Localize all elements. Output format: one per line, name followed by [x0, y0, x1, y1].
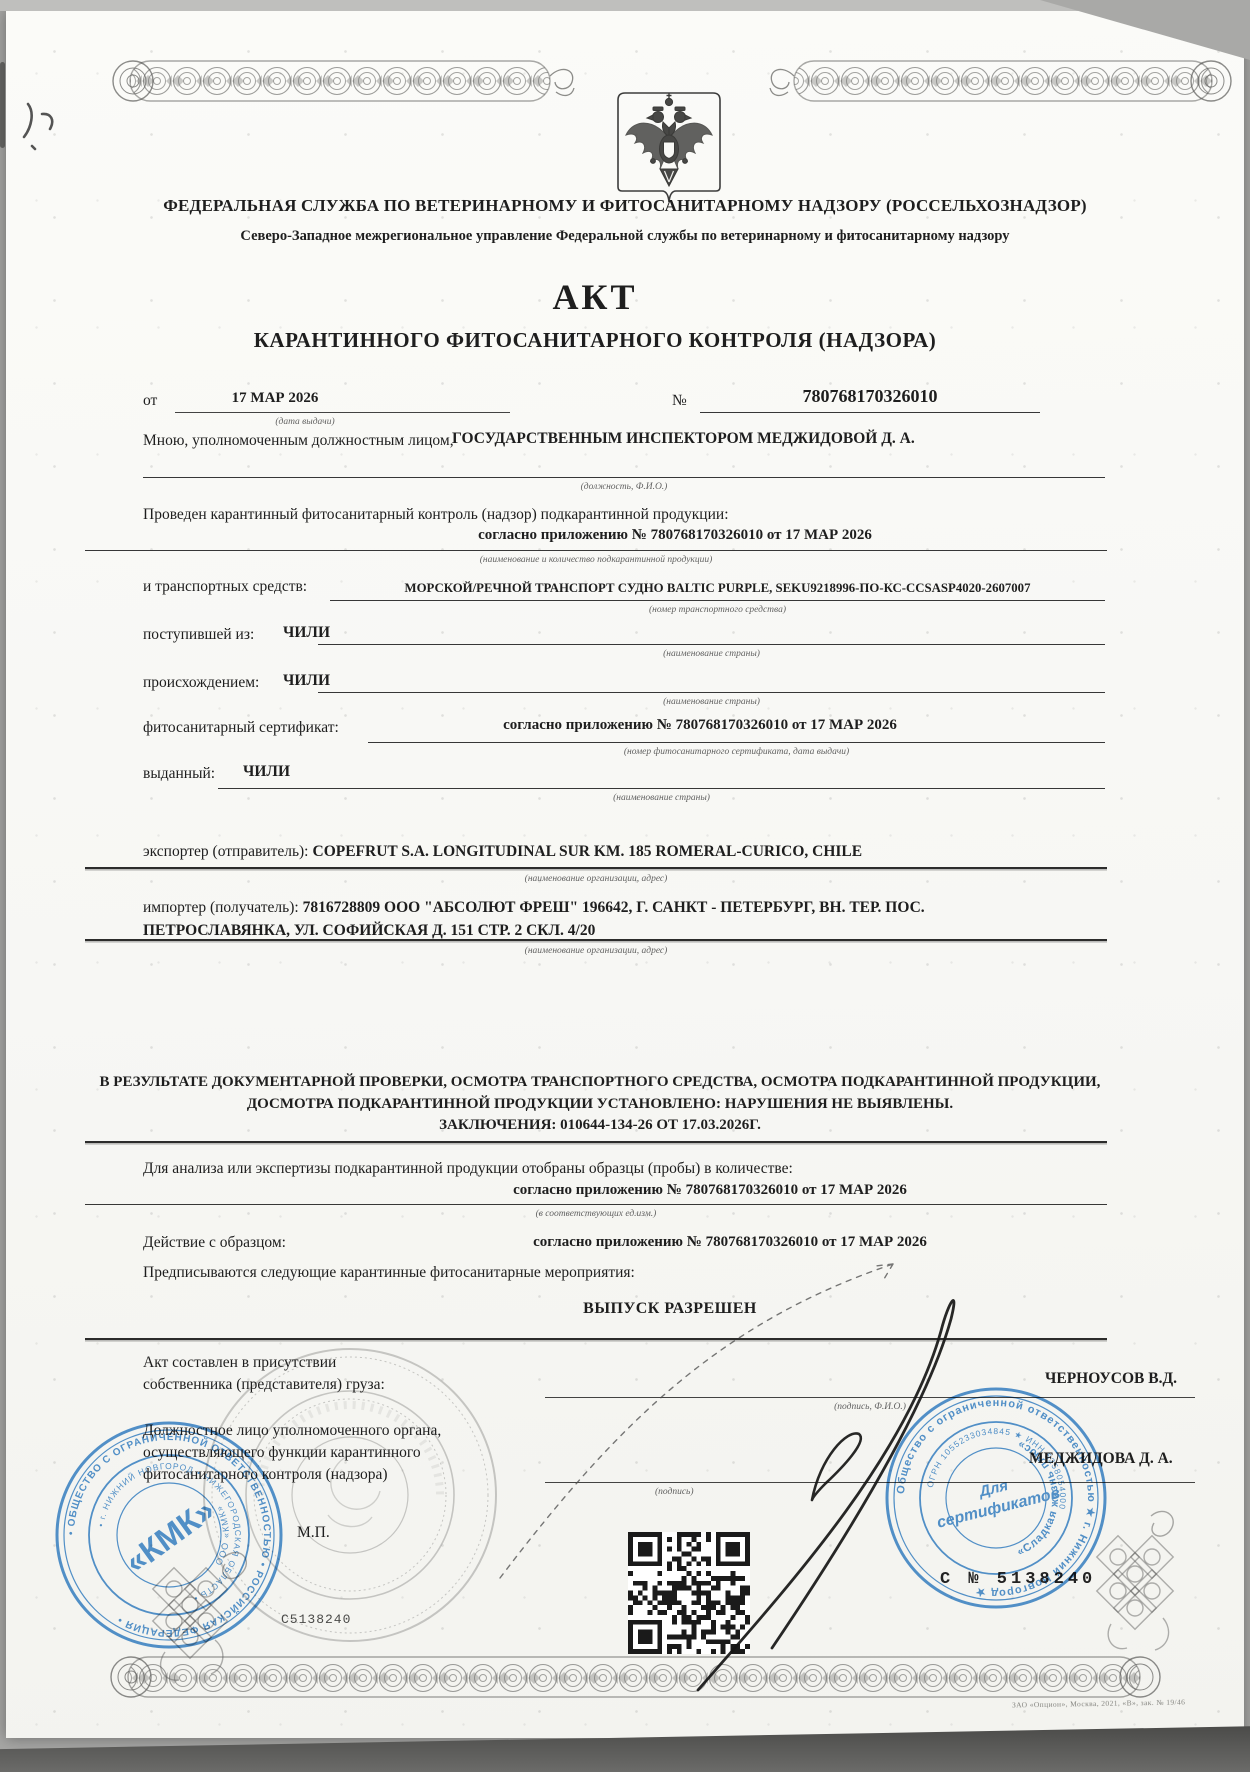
origin-label: происхождением: [143, 674, 259, 692]
presence-label-line1: Акт составлен в присутствии [143, 1354, 336, 1372]
exporter-label: экспортер (отправитель): [143, 843, 309, 860]
department-name: Северо-Западное межрегиональное управлен… [85, 228, 1165, 245]
importer-value-line1: 7816728809 ООО "АБСОЛЮТ ФРЕШ" 196642, Г.… [303, 899, 925, 916]
official-caption: (подпись) [655, 1487, 694, 1497]
findings-result: В РЕЗУЛЬТАТЕ ДОКУМЕНТАРНОЙ ПРОВЕРКИ, ОСМ… [85, 1072, 1115, 1115]
stamp-sweet-life: Общество с ограниченной ответственностью… [879, 1381, 1113, 1615]
issued-by-value: ЧИЛИ [243, 763, 290, 781]
origin-caption: (наименование страны) [318, 697, 1105, 707]
scan-smudge [0, 62, 5, 148]
transport-caption: (номер транспортного средства) [330, 605, 1105, 615]
stamp-kmk: • ОБЩЕСТВО С ОГРАНИЧЕННОЙ ОТВЕТСТВЕННОСТ… [49, 1415, 289, 1655]
certificate-value: согласно приложению № 780768170326010 от… [400, 717, 1000, 734]
transport-label: и транспортных средств: [143, 578, 307, 596]
inspector-value: ГОСУДАРСТВЕННЫМ ИНСПЕКТОРОМ МЕДЖИДОВОЙ Д… [452, 430, 915, 448]
exporter-row: экспортер (отправитель): COPEFRUT S.A. L… [143, 843, 1153, 861]
serial-number-grey: С5138240 [281, 1612, 351, 1627]
inspector-label: Мною, уполномоченным должностным лицом, [143, 432, 454, 450]
findings-text: В РЕЗУЛЬТАТЕ ДОКУМЕНТАРНОЙ ПРОВЕРКИ, ОСМ… [85, 1072, 1115, 1137]
importer-label: импортер (получатель): [143, 899, 299, 916]
samples-caption: (в соответствующих ед.изм.) [85, 1209, 1107, 1219]
svg-text:«КМК»: «КМК» [118, 1491, 221, 1580]
exporter-caption: (наименование организации, адрес) [85, 874, 1107, 884]
svg-text:ООО «КМК»: ООО «КМК» [213, 1503, 231, 1567]
findings-conclusion: ЗАКЛЮЧЕНИЯ: 010644-134-26 ОТ 17.03.2026Г… [85, 1115, 1115, 1137]
act-number: 780768170326010 [700, 386, 1040, 407]
qr-code [628, 1532, 750, 1654]
date-prefix: от [143, 392, 157, 410]
arrived-from-caption: (наименование страны) [318, 649, 1105, 659]
origin-value: ЧИЛИ [283, 672, 330, 690]
inspector-caption: (должность, Ф.И.О.) [143, 482, 1105, 492]
arrived-from-value: ЧИЛИ [283, 624, 330, 642]
act-date: 17 МАР 2026 [175, 390, 375, 407]
importer-row: импортер (получатель): 7816728809 ООО "А… [143, 896, 1153, 942]
document-title: АКТ [85, 276, 1105, 318]
transport-value: МОРСКОЙ/РЕЧНОЙ ТРАНСПОРТ СУДНО BALTIC PU… [330, 581, 1105, 596]
control-value: согласно приложению № 780768170326010 от… [325, 527, 1025, 544]
arrived-from-label: поступившей из: [143, 626, 254, 644]
printing-house-note: ЗАО «Опцион», Москва, 2021, «В», зак. № … [1012, 1697, 1185, 1709]
number-sign: № [672, 392, 687, 410]
certificate-label: фитосанитарный сертификат: [143, 719, 339, 737]
measures-label: Предписываются следующие карантинные фит… [143, 1264, 635, 1282]
samples-label: Для анализа или экспертизы подкарантинно… [143, 1160, 793, 1178]
agency-name: ФЕДЕРАЛЬНАЯ СЛУЖБА ПО ВЕТЕРИНАРНОМУ И ФИ… [85, 196, 1165, 216]
seal-place-mark: М.П. [297, 1524, 330, 1542]
scanned-document: { "header": { "agency": "ФЕДЕРАЛЬНАЯ СЛУ… [0, 0, 1250, 1772]
control-label: Проведен карантинный фитосанитарный конт… [143, 506, 729, 524]
date-caption: (дата выдачи) [175, 417, 435, 427]
issued-by-label: выданный: [143, 765, 215, 783]
sample-action-value: согласно приложению № 780768170326010 от… [430, 1234, 1030, 1251]
samples-value: согласно приложению № 780768170326010 от… [360, 1182, 1060, 1199]
document-subtitle: КАРАНТИННОГО ФИТОСАНИТАРНОГО КОНТРОЛЯ (Н… [85, 328, 1105, 353]
presence-label-line2: собственника (представителя) груза: [143, 1376, 385, 1394]
control-caption: (наименование и количество подкарантинно… [85, 555, 1107, 565]
importer-caption: (наименование организации, адрес) [85, 946, 1107, 956]
certificate-caption: (номер фитосанитарного сертификата, дата… [368, 747, 1105, 757]
release-permitted-text: ВЫПУСК РАЗРЕШЕН [420, 1300, 920, 1318]
issued-by-caption: (наименование страны) [218, 793, 1105, 803]
sample-action-label: Действие с образцом: [143, 1234, 286, 1252]
exporter-value: COPEFRUT S.A. LONGITUDINAL SUR KM. 185 R… [313, 843, 863, 860]
